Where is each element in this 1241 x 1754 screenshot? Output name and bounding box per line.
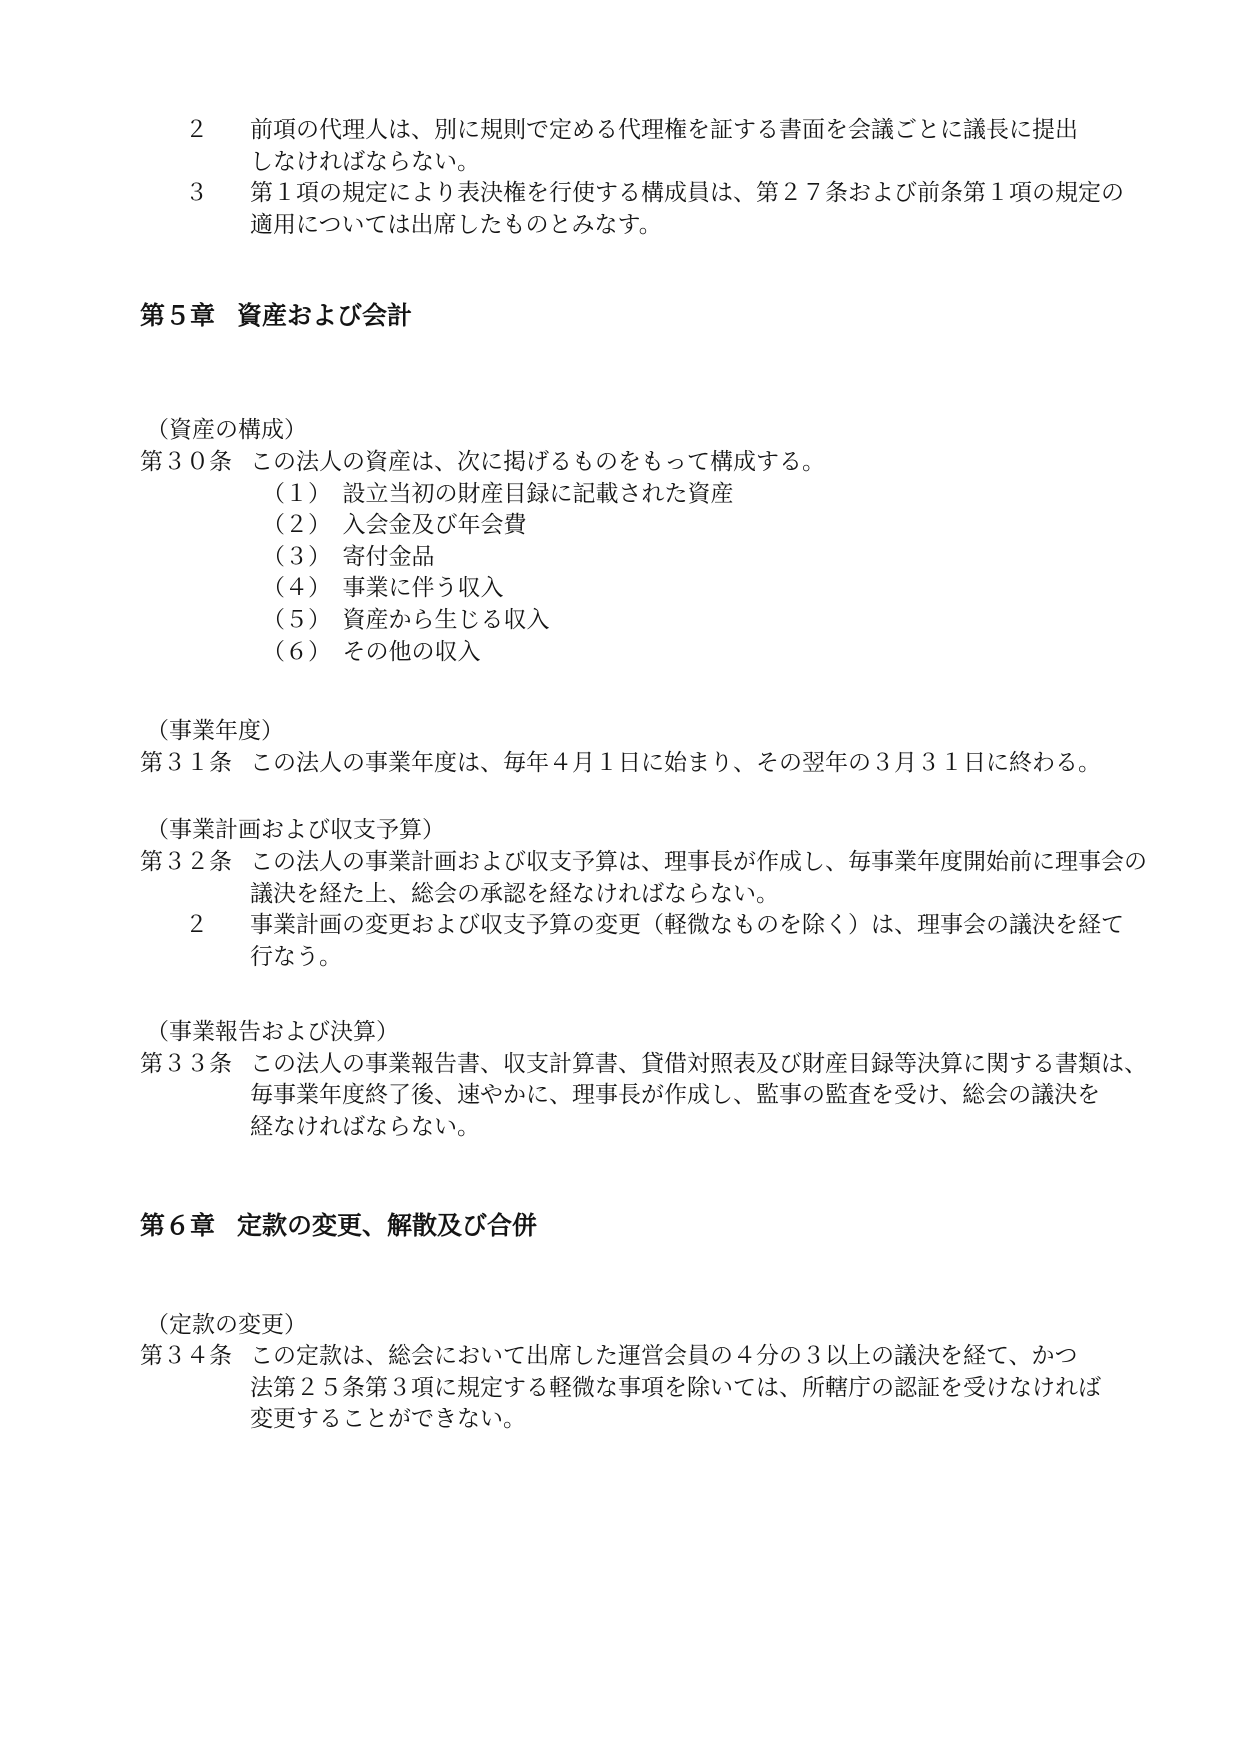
- chapter-title: 定款の変更、解散及び合併: [237, 1210, 537, 1242]
- chapter-number: 第５章: [140, 300, 215, 332]
- article-33: 第３３条 この法人の事業報告書、収支計算書、貸借対照表及び財産目録等決算に関する…: [140, 1048, 1181, 1143]
- article-body: この法人の事業計画および収支予算は、理事長が作成し、毎事業年度開始前に理事会の …: [250, 846, 1147, 909]
- clause-text: 第１項の規定により表決権を行使する構成員は、第２７条および前条第１項の規定の 適…: [250, 177, 1124, 240]
- section-caption-business-report: （事業報告および決算）: [140, 1016, 1181, 1048]
- clause-number: ２: [185, 909, 250, 972]
- article-32-sub-clause-2: ２ 事業計画の変更および収支予算の変更（軽微なものを除く）は、理事会の議決を経て…: [185, 909, 1181, 972]
- article-32: 第３２条 この法人の事業計画および収支予算は、理事長が作成し、毎事業年度開始前に…: [140, 846, 1181, 909]
- list-item: （２） 入会金及び年会費: [262, 509, 1181, 541]
- article-34: 第３４条 この定款は、総会において出席した運営会員の４分の３以上の議決を経て、か…: [140, 1340, 1181, 1435]
- chapter-number: 第６章: [140, 1210, 215, 1242]
- list-item: （５） 資産から生じる収入: [262, 604, 1181, 636]
- chapter-5-heading: 第５章 資産および会計: [140, 300, 1181, 332]
- section-caption-business-plan: （事業計画および収支予算）: [140, 814, 1181, 846]
- clause-text: 事業計画の変更および収支予算の変更（軽微なものを除く）は、理事会の議決を経て 行…: [250, 909, 1124, 972]
- document-page: ２ 前項の代理人は、別に規則で定める代理権を証する書面を会議ごとに議長に提出 し…: [0, 0, 1241, 1754]
- article-body: この法人の事業年度は、毎年４月１日に始まり、その翌年の３月３１日に終わる。: [250, 747, 1101, 779]
- section-caption-fiscal-year: （事業年度）: [140, 715, 1181, 747]
- chapter-6-heading: 第６章 定款の変更、解散及び合併: [140, 1210, 1181, 1242]
- top-clauses: ２ 前項の代理人は、別に規則で定める代理権を証する書面を会議ごとに議長に提出 し…: [140, 114, 1181, 240]
- article-label: 第３０条: [140, 446, 250, 478]
- article-31: 第３１条 この法人の事業年度は、毎年４月１日に始まり、その翌年の３月３１日に終わ…: [140, 747, 1181, 779]
- clause-3: ３ 第１項の規定により表決権を行使する構成員は、第２７条および前条第１項の規定の…: [185, 177, 1181, 240]
- list-item: （４） 事業に伴う収入: [262, 572, 1181, 604]
- article-label: 第３４条: [140, 1340, 250, 1435]
- article-label: 第３１条: [140, 747, 250, 779]
- clause-number: ２: [185, 114, 250, 177]
- article-body: この定款は、総会において出席した運営会員の４分の３以上の議決を経て、かつ 法第２…: [250, 1340, 1101, 1435]
- article-label: 第３２条: [140, 846, 250, 909]
- section-caption-asset-composition: （資産の構成）: [140, 414, 1181, 446]
- page-content: ２ 前項の代理人は、別に規則で定める代理権を証する書面を会議ごとに議長に提出 し…: [0, 0, 1241, 1435]
- list-item: （６） その他の収入: [262, 636, 1181, 668]
- list-item: （３） 寄付金品: [262, 541, 1181, 573]
- clause-2: ２ 前項の代理人は、別に規則で定める代理権を証する書面を会議ごとに議長に提出 し…: [185, 114, 1181, 177]
- chapter-title: 資産および会計: [237, 300, 412, 332]
- article-30: 第３０条 この法人の資産は、次に掲げるものをもって構成する。: [140, 446, 1181, 478]
- section-caption-articles-change: （定款の変更）: [140, 1309, 1181, 1341]
- clause-number: ３: [185, 177, 250, 240]
- article-label: 第３３条: [140, 1048, 250, 1143]
- article-body: この法人の事業報告書、収支計算書、貸借対照表及び財産目録等決算に関する書類は、 …: [250, 1048, 1147, 1143]
- clause-text: 前項の代理人は、別に規則で定める代理権を証する書面を会議ごとに議長に提出 しなけ…: [250, 114, 1078, 177]
- list-item: （１） 設立当初の財産目録に記載された資産: [262, 478, 1181, 510]
- asset-items-list: （１） 設立当初の財産目録に記載された資産 （２） 入会金及び年会費 （３） 寄…: [140, 478, 1181, 668]
- article-body: この法人の資産は、次に掲げるものをもって構成する。: [250, 446, 825, 478]
